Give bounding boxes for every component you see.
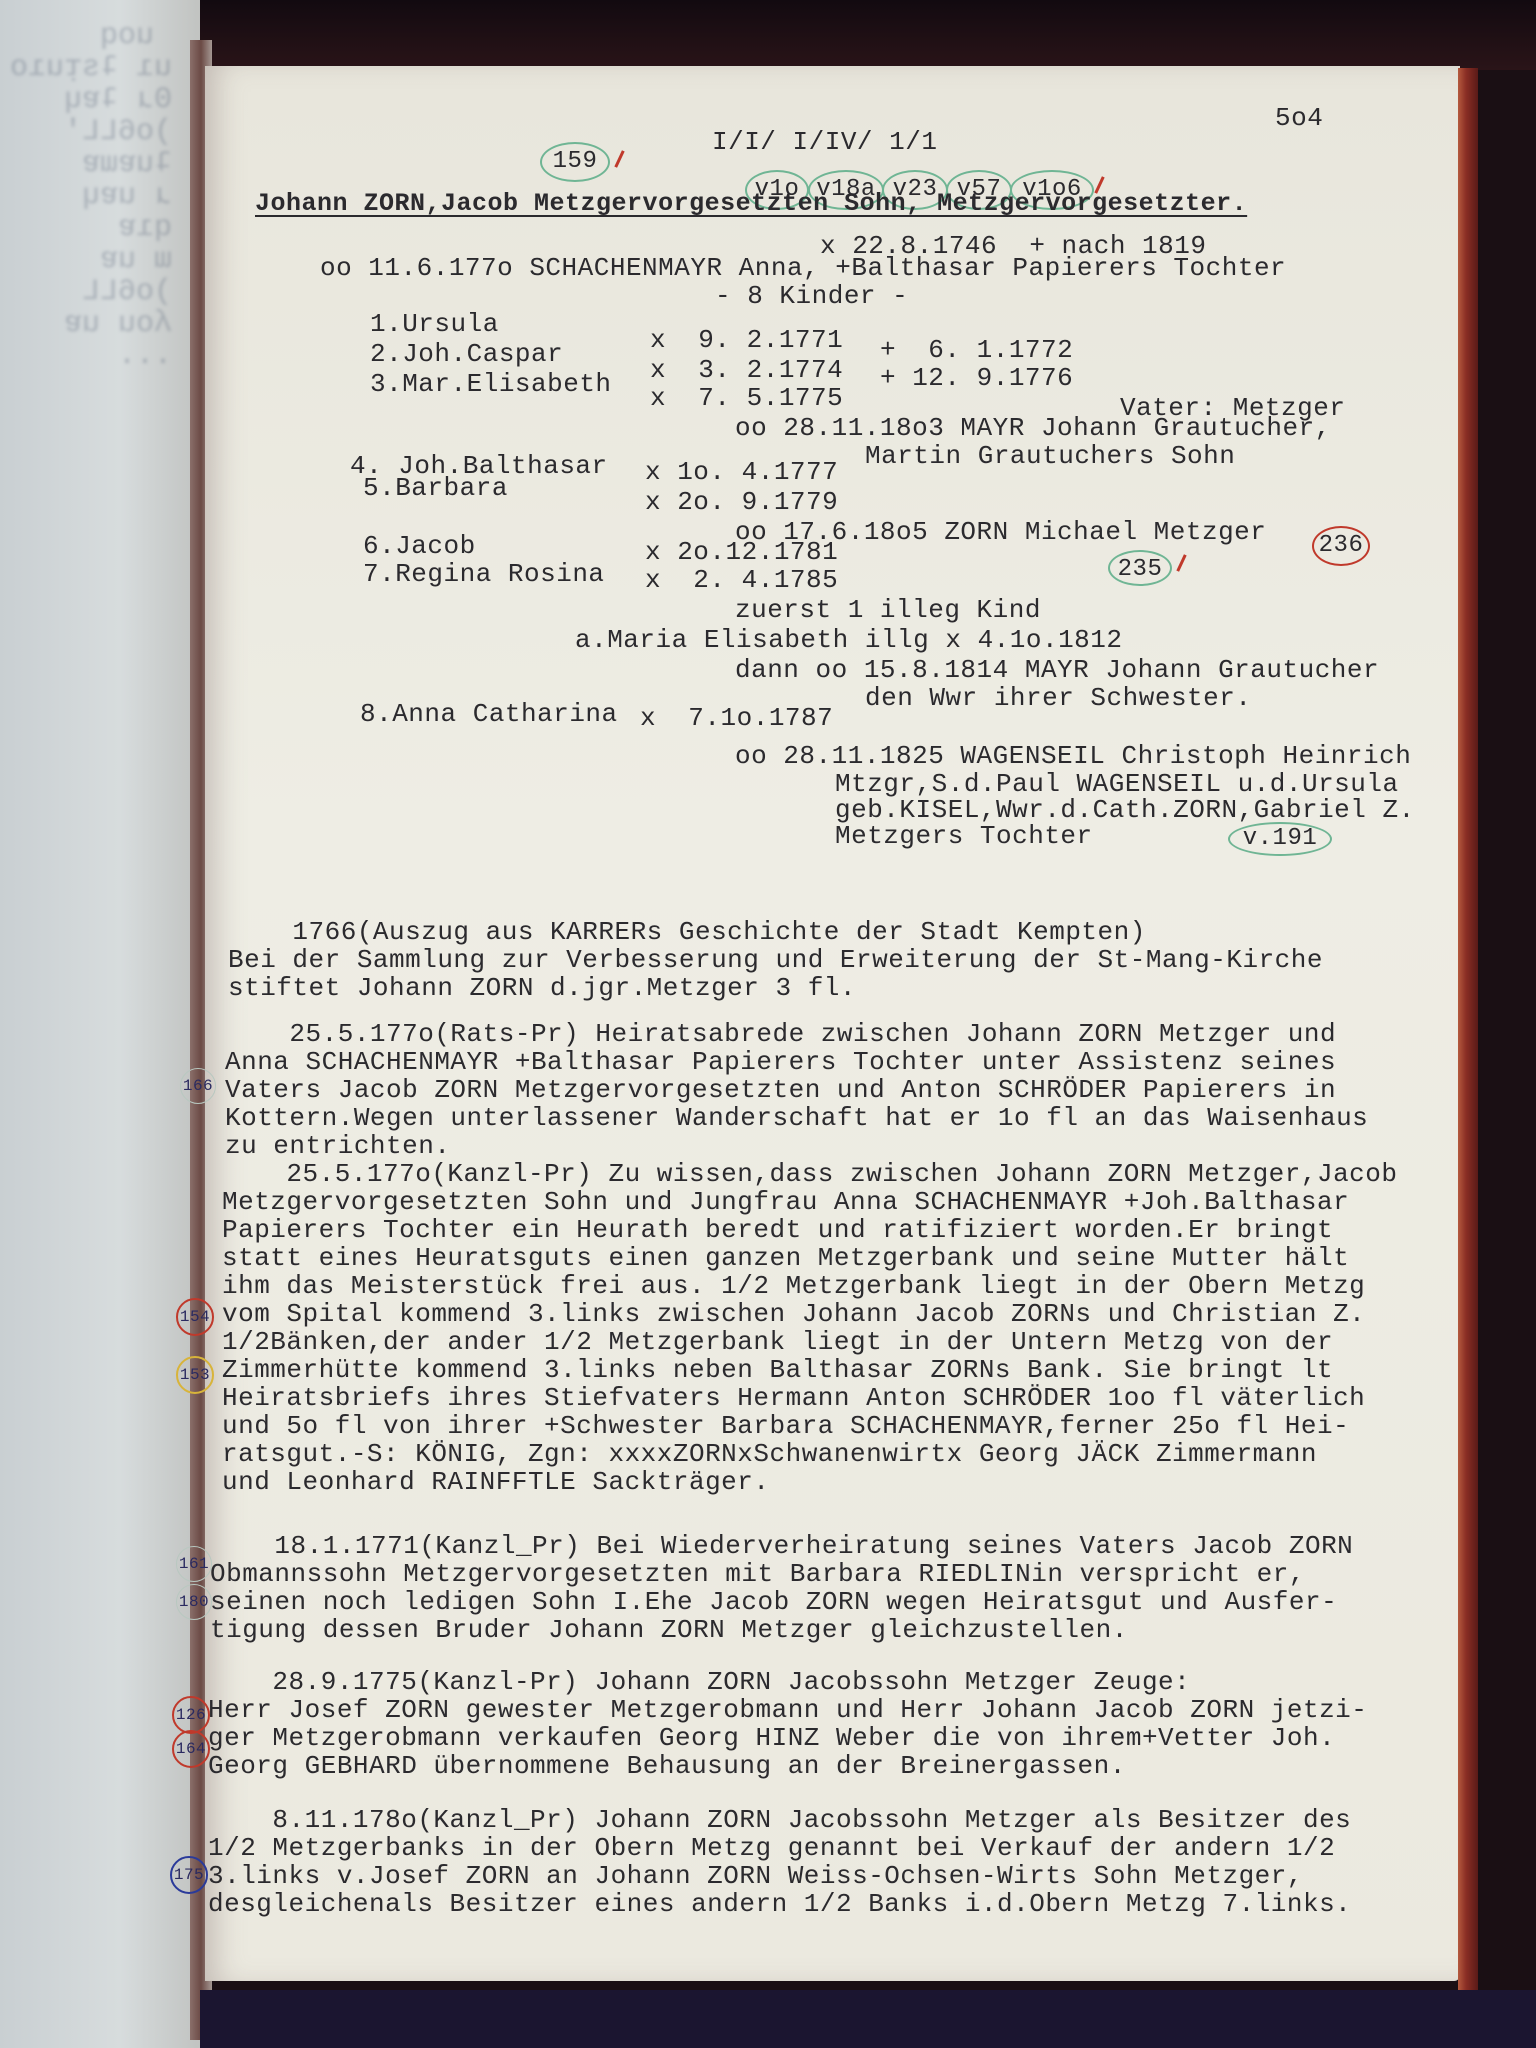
child-born: x 1o. 4.1777 — [645, 458, 838, 486]
entry-line: Zimmerhütte kommend 3.links neben Baltha… — [222, 1356, 1333, 1384]
red-check-mark — [614, 150, 624, 168]
child-note: oo 28.11.18o3 MAYR Johann Grautucher, — [735, 414, 1331, 442]
margin-note-circle: 164 — [172, 1730, 210, 1768]
entry-line: und Leonhard RAINFFTLE Sackträger. — [222, 1468, 770, 1496]
child-name: 8.Anna Catharina — [360, 700, 618, 728]
child-born: x 7.1o.1787 — [640, 704, 833, 732]
entry-line: 28.9.1775(Kanzl-Pr) Johann ZORN Jacobsso… — [208, 1668, 1190, 1696]
child-born: x 7. 5.1775 — [650, 384, 843, 412]
page-number: 5o4 — [1275, 104, 1323, 132]
entry-line: tigung dessen Bruder Johann ZORN Metzger… — [210, 1616, 1128, 1644]
reference-circle-159: 159 — [540, 142, 610, 182]
child-born: x 2. 4.1785 — [645, 566, 838, 594]
entry-line: desgleichenals Besitzer eines andern 1/2… — [208, 1890, 1351, 1918]
child-note: a.Maria Elisabeth illg x 4.1o.1812 — [575, 626, 1123, 654]
child-note: oo 28.11.1825 WAGENSEIL Christoph Heinri… — [735, 742, 1411, 770]
entry-line: 1/2 Metzgerbanks in der Obern Metzg gena… — [208, 1834, 1335, 1862]
entry-line: Anna SCHACHENMAYR +Balthasar Papierers T… — [225, 1048, 1336, 1076]
entry-line: ihm das Meisterstück frei aus. 1/2 Metzg… — [222, 1272, 1365, 1300]
child-born: x 2o.12.1781 — [645, 538, 838, 566]
entry-line: Vaters Jacob ZORN Metzgervorgesetzten un… — [225, 1076, 1336, 1104]
reference-circle-236: 236 — [1312, 526, 1370, 566]
marriage-line: oo 11.6.177o SCHACHENMAYR Anna, +Balthas… — [320, 254, 1286, 282]
child-born: x 2o. 9.1779 — [645, 488, 838, 516]
reference-circle-v191: v.191 — [1228, 822, 1332, 856]
margin-note-circle: 153 — [176, 1356, 214, 1394]
entry-line: 1766(Auszug aus KARRERs Geschichte der S… — [228, 918, 1146, 946]
entry-line: 3.links v.Josef ZORN an Johann ZORN Weis… — [208, 1862, 1303, 1890]
child-note: dann oo 15.8.1814 MAYR Johann Grautucher — [735, 656, 1379, 684]
entry-line: ger Metzgerobmann verkaufen Georg HINZ W… — [208, 1724, 1335, 1752]
child-note: Metzgers Tochter — [835, 822, 1093, 850]
classification-code: I/I/ I/IV/ 1/1 — [712, 128, 937, 156]
child-name: 6.Jacob — [363, 532, 476, 560]
entry-line: 8.11.178o(Kanzl_Pr) Johann ZORN Jacobsso… — [208, 1806, 1351, 1834]
child-name: 7.Regina Rosina — [363, 560, 605, 588]
child-note: Mtzgr,S.d.Paul WAGENSEIL u.d.Ursula — [835, 770, 1399, 798]
child-name: 5.Barbara — [363, 474, 508, 502]
margin-note-circle: 154 — [176, 1298, 214, 1336]
entry-line: Papierers Tochter ein Heurath beredt und… — [222, 1216, 1333, 1244]
entry-line: seinen noch ledigen Sohn I.Ehe Jacob ZOR… — [210, 1588, 1337, 1616]
child-born: x 9. 2.1771 — [650, 326, 843, 354]
margin-note-circle: 161 — [176, 1546, 212, 1582]
child-died: + 6. 1.1772 — [880, 336, 1073, 364]
entry-line: vom Spital kommend 3.links zwischen Joha… — [222, 1300, 1365, 1328]
child-note: Martin Grautuchers Sohn — [865, 442, 1235, 470]
entry-line: stiftet Johann ZORN d.jgr.Metzger 3 fl. — [228, 974, 856, 1002]
child-name: 3.Mar.Elisabeth — [370, 370, 612, 398]
red-check-mark — [1176, 554, 1186, 572]
entry-line: ratsgut.-S: KÖNIG, Zgn: xxxxZORNxSchwane… — [222, 1440, 1317, 1468]
margin-note-circle: 166 — [180, 1068, 216, 1104]
entry-line: zu entrichten. — [225, 1132, 450, 1160]
margin-note-circle: 126 — [172, 1696, 210, 1734]
margin-note-circle: 175 — [170, 1856, 208, 1894]
entry-line: 25.5.177o(Kanzl-Pr) Zu wissen,dass zwisc… — [222, 1160, 1398, 1188]
reference-circle-235: 235 — [1108, 550, 1172, 586]
entry-line: Obmannssohn Metzgervorgesetzten mit Barb… — [210, 1560, 1305, 1588]
entry-line: statt eines Heuratsguts einen ganzen Met… — [222, 1244, 1349, 1272]
entry-line: Kottern.Wegen unterlassener Wanderschaft… — [225, 1104, 1368, 1132]
child-name: 2.Joh.Caspar — [370, 340, 563, 368]
page-content: 5o4 I/I/ I/IV/ 1/1 159 v1o v18a v23 v57 … — [0, 0, 1536, 2048]
record-heading: Johann ZORN,Jacob Metzgervorgesetzten So… — [255, 190, 1247, 218]
child-name: 1.Ursula — [370, 310, 499, 338]
margin-note-circle: 180 — [176, 1584, 212, 1620]
child-note: den Wwr ihrer Schwester. — [865, 684, 1251, 712]
children-count: - 8 Kinder - — [715, 282, 908, 310]
entry-line: Georg GEBHARD übernommene Behausung an d… — [208, 1752, 1126, 1780]
child-born: x 3. 2.1774 — [650, 356, 843, 384]
entry-line: und 5o fl von ihrer +Schwester Barbara S… — [222, 1412, 1349, 1440]
child-died: + 12. 9.1776 — [880, 364, 1073, 392]
entry-line: 18.1.1771(Kanzl_Pr) Bei Wiederverheiratu… — [210, 1532, 1353, 1560]
child-note: geb.KISEL,Wwr.d.Cath.ZORN,Gabriel Z. — [835, 796, 1415, 824]
entry-line: 25.5.177o(Rats-Pr) Heiratsabrede zwische… — [225, 1020, 1336, 1048]
child-note: zuerst 1 illeg Kind — [735, 596, 1041, 624]
entry-line: Heiratsbriefs ihres Stiefvaters Hermann … — [222, 1384, 1365, 1412]
entry-line: 1/2Bänken,der ander 1/2 Metzgerbank lieg… — [222, 1328, 1333, 1356]
entry-line: Herr Josef ZORN gewester Metzgerobmann u… — [208, 1696, 1367, 1724]
entry-line: Metzgervorgesetzten Sohn und Jungfrau An… — [222, 1188, 1349, 1216]
entry-line: Bei der Sammlung zur Verbesserung und Er… — [228, 946, 1323, 974]
